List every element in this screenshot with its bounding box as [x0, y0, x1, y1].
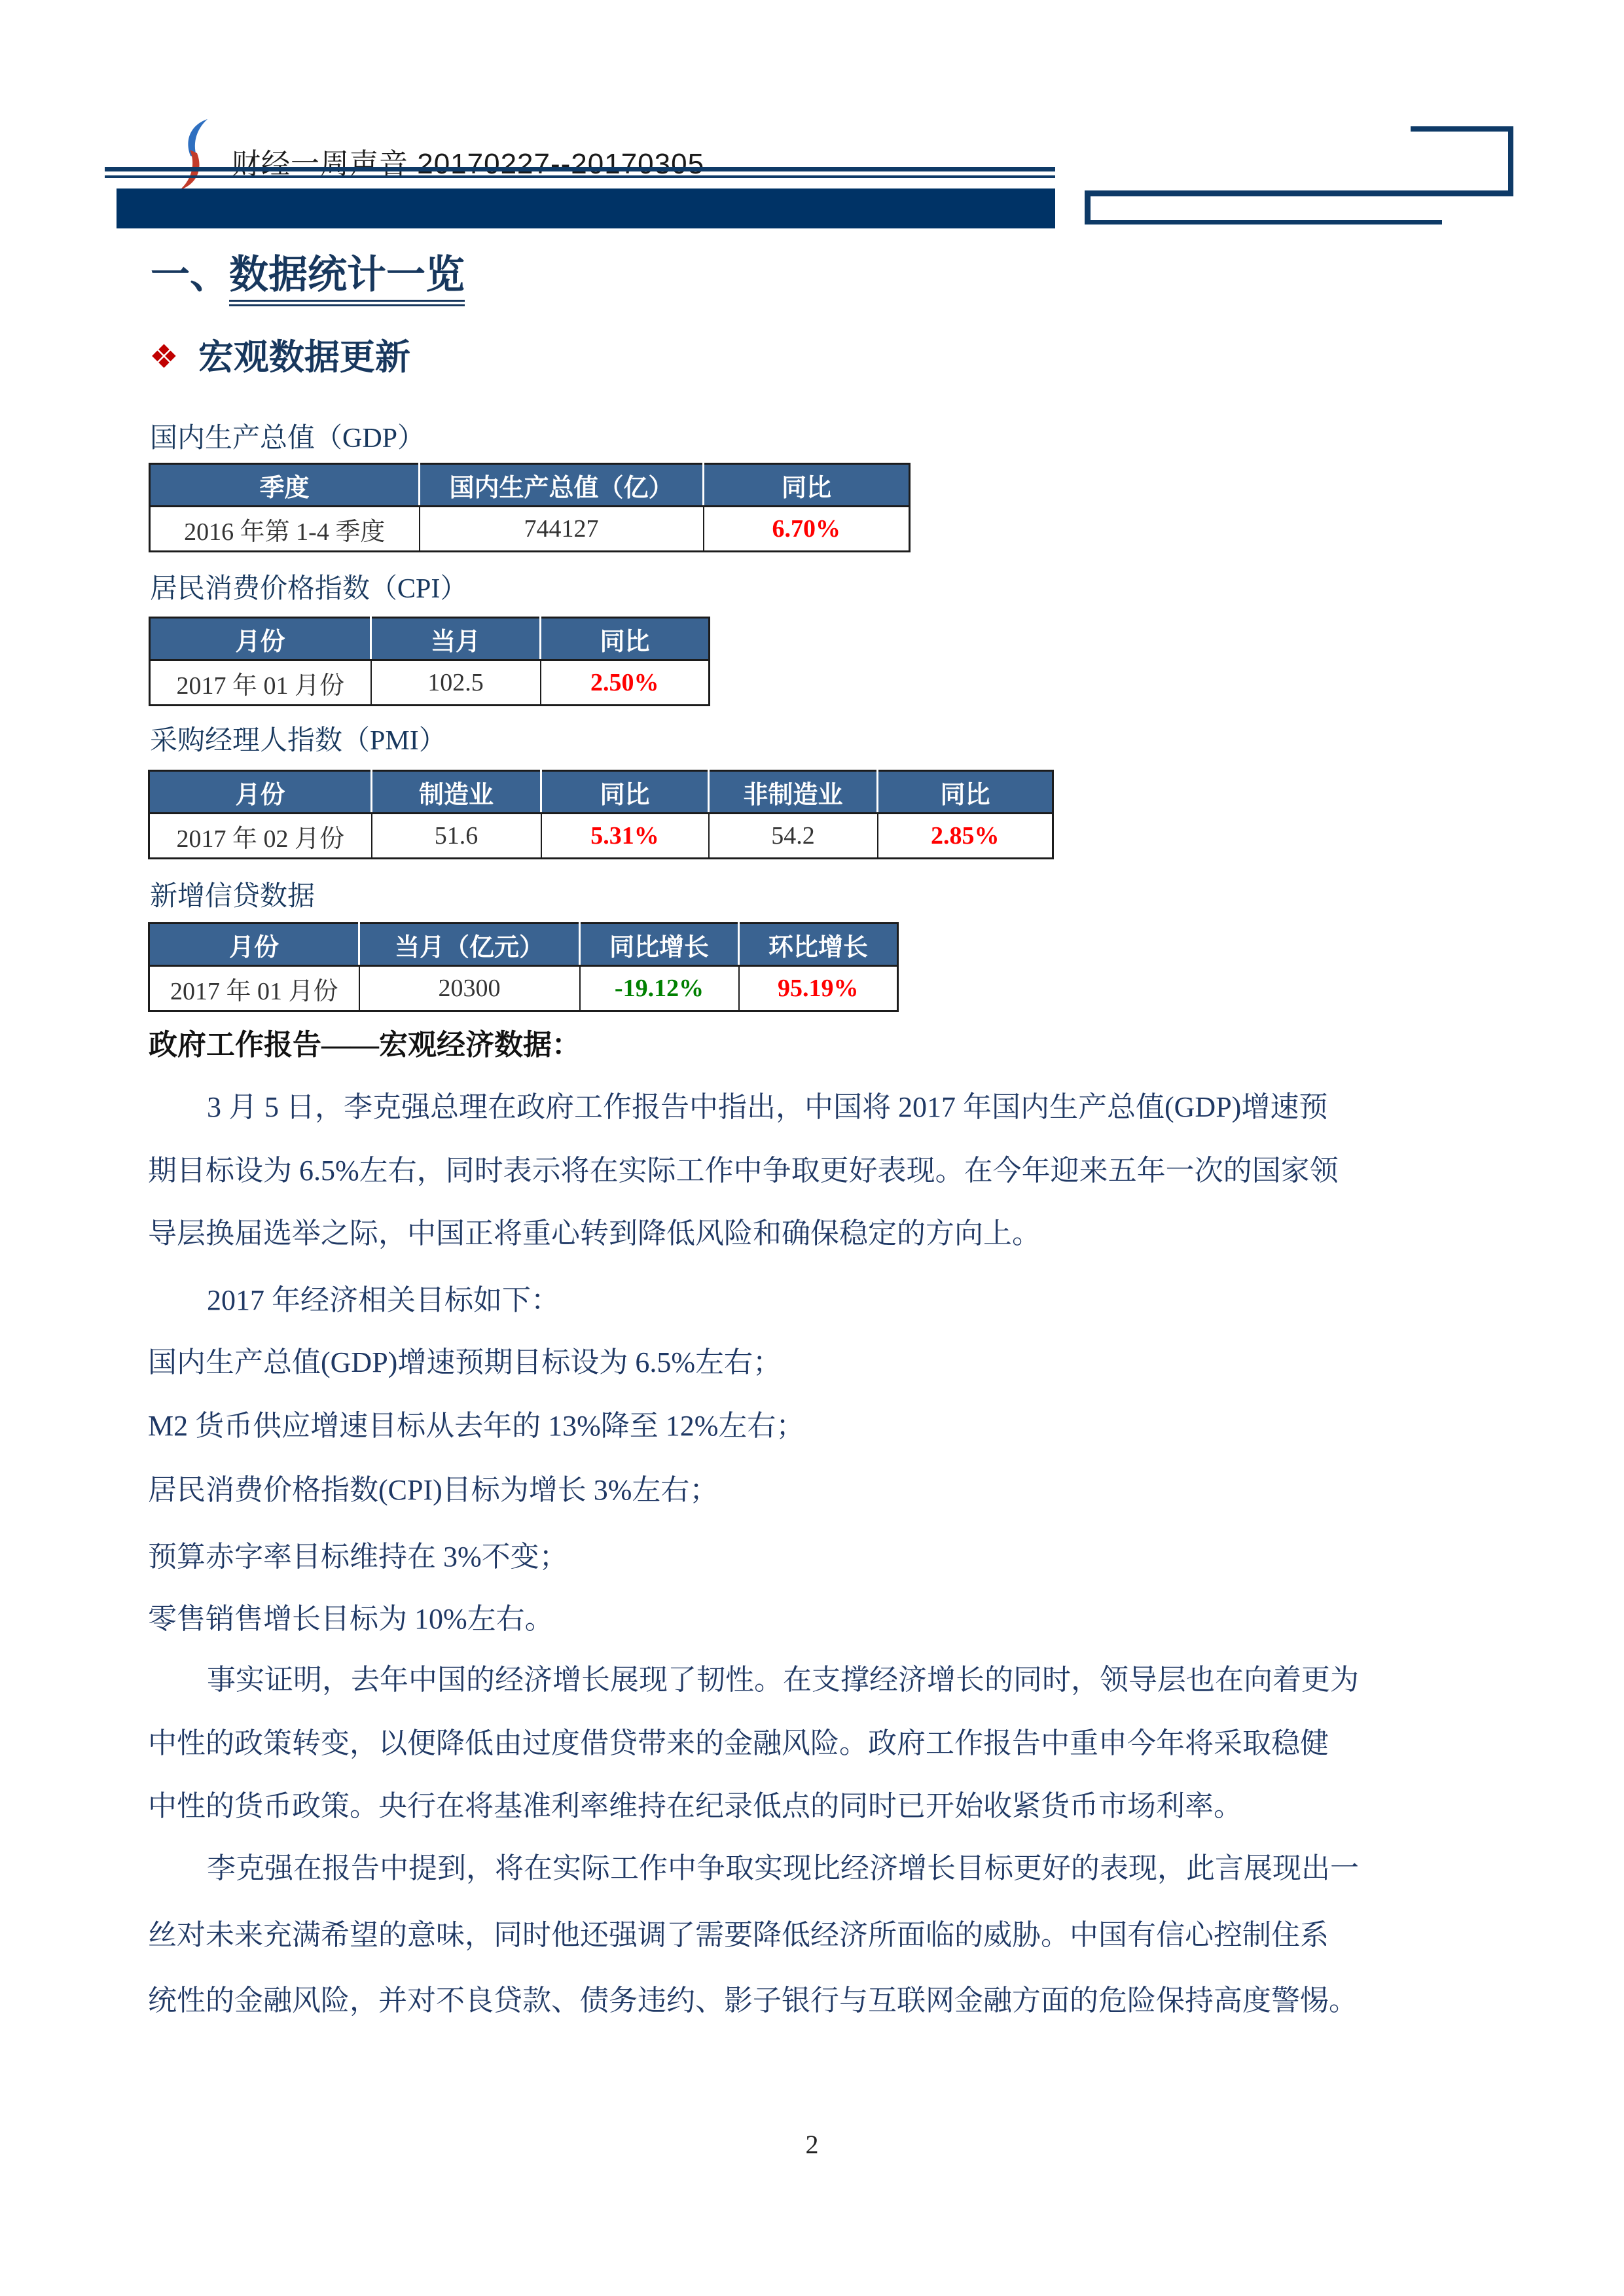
placeholder-box2-bottom	[1085, 220, 1442, 224]
column-header: 同比	[878, 771, 1053, 814]
body-line: 居民消费价格指数(CPI)目标为增长 3%左右；	[148, 1471, 1523, 1509]
column-header: 环比增长	[739, 924, 898, 966]
table-row: 2017 年 02 月份 51.6 5.31% 54.2 2.85%	[149, 814, 1053, 859]
body-line: 2017 年经济相关目标如下：	[148, 1282, 1581, 1319]
pmi-header-row: 月份 制造业 同比 非制造业 同比	[149, 771, 1053, 814]
column-header: 月份	[150, 618, 371, 660]
body-line: 中性的货币政策。央行在将基准利率维持在纪录低点的同时已开始收紧货币市场利率。	[148, 1787, 1523, 1825]
body-line: 李克强在报告中提到，将在实际工作中争取实现比经济增长目标更好的表现，此言展现出一	[148, 1850, 1581, 1888]
column-header: 同比	[541, 618, 710, 660]
cpi-table: 月份 当月 同比 2017 年 01 月份 102.5 2.50%	[149, 617, 710, 706]
column-header: 非制造业	[709, 771, 878, 814]
pmi-table: 月份 制造业 同比 非制造业 同比 2017 年 02 月份 51.6 5.31…	[148, 770, 1054, 859]
table-cell: 2.85%	[878, 814, 1053, 859]
body-line: M2 货币供应增速目标从去年的 13%降至 12%左右；	[148, 1407, 1523, 1445]
table-cell: 51.6	[372, 814, 541, 859]
body-line: 导层换届选举之际，中国正将重心转到降低风险和确保稳定的方向上。	[148, 1215, 1523, 1253]
table-cell: 2017 年 01 月份	[149, 966, 359, 1011]
column-header: 月份	[149, 771, 372, 814]
table-row: 2017 年 01 月份 102.5 2.50%	[150, 660, 710, 706]
table-cell: 2016 年第 1-4 季度	[150, 507, 420, 552]
table-cell: 2017 年 01 月份	[150, 660, 371, 706]
table-row: 2017 年 01 月份 20300 -19.12% 95.19%	[149, 966, 898, 1011]
column-header: 制造业	[372, 771, 541, 814]
gdp-table-caption: 国内生产总值（GDP）	[150, 416, 425, 456]
page-number: 2	[0, 2129, 1624, 2160]
table-cell: 95.19%	[739, 966, 898, 1011]
placeholder-box-right	[1508, 126, 1513, 196]
header-divider	[105, 167, 1055, 178]
table-cell: 20300	[359, 966, 580, 1011]
section-title: 数据统计一览	[229, 253, 465, 306]
column-header: 季度	[150, 464, 420, 507]
gdp-table: 季度 国内生产总值（亿） 同比 2016 年第 1-4 季度 744127 6.…	[149, 463, 911, 552]
cpi-table-caption: 居民消费价格指数（CPI）	[150, 567, 467, 606]
table-cell: 6.70%	[704, 507, 910, 552]
table-row: 2016 年第 1-4 季度 744127 6.70%	[150, 507, 910, 552]
placeholder-box-top	[1411, 126, 1513, 132]
body-line: 统性的金融风险，并对不良贷款、债务违约、影子银行与互联网金融方面的危险保持高度警…	[148, 1982, 1523, 2020]
section-number: 一、	[151, 253, 229, 296]
gdp-header-row: 季度 国内生产总值（亿） 同比	[150, 464, 910, 507]
table-cell: 2.50%	[541, 660, 710, 706]
diamond-bullet-icon: ❖	[149, 338, 179, 376]
subsection-title: 宏观数据更新	[198, 338, 410, 377]
section-heading: 一、数据统计一览	[151, 243, 465, 300]
table-cell: 5.31%	[541, 814, 709, 859]
brand-logo-icon	[173, 118, 214, 191]
cpi-header-row: 月份 当月 同比	[150, 618, 710, 660]
body-line: 零售销售增长目标为 10%左右。	[148, 1600, 1523, 1638]
report-heading: 政府工作报告——宏观经济数据：	[149, 1021, 581, 1063]
credit-table-caption: 新增信贷数据	[150, 874, 315, 914]
body-line: 事实证明，去年中国的经济增长展现了韧性。在支撑经济增长的同时，领导层也在向着更为	[148, 1661, 1581, 1699]
column-header: 国内生产总值（亿）	[420, 464, 704, 507]
body-line: 丝对未来充满希望的意味，同时他还强调了需要降低经济所面临的威胁。中国有信心控制住…	[148, 1916, 1523, 1954]
subsection-heading: ❖宏观数据更新	[149, 329, 410, 380]
body-line: 预算赤字率目标维持在 3%不变；	[148, 1538, 1523, 1576]
credit-table: 月份 当月（亿元） 同比增长 环比增长 2017 年 01 月份 20300 -…	[148, 922, 899, 1012]
body-line: 国内生产总值(GDP)增速预期目标设为 6.5%左右；	[148, 1344, 1523, 1382]
table-cell: 54.2	[709, 814, 878, 859]
pmi-table-caption: 采购经理人指数（PMI）	[150, 719, 446, 758]
body-line: 期目标设为 6.5%左右，同时表示将在实际工作中争取更好表现。在今年迎来五年一次…	[148, 1152, 1523, 1190]
header-navy-bar	[117, 188, 1055, 228]
column-header: 当月	[371, 618, 541, 660]
table-cell: -19.12%	[580, 966, 739, 1011]
body-line: 3 月 5 日，李克强总理在政府工作报告中指出，中国将 2017 年国内生产总值…	[148, 1088, 1581, 1126]
placeholder-box2-top	[1085, 190, 1513, 196]
column-header: 月份	[149, 924, 359, 966]
document-page: { "theme": { "accent_navy": "#0E3A67", "…	[0, 0, 1624, 2296]
body-line: 中性的政策转变，以便降低由过度借贷带来的金融风险。政府工作报告中重申今年将采取稳…	[148, 1725, 1523, 1763]
credit-header-row: 月份 当月（亿元） 同比增长 环比增长	[149, 924, 898, 966]
column-header: 同比	[704, 464, 910, 507]
column-header: 同比增长	[580, 924, 739, 966]
column-header: 当月（亿元）	[359, 924, 580, 966]
table-cell: 102.5	[371, 660, 541, 706]
table-cell: 2017 年 02 月份	[149, 814, 372, 859]
column-header: 同比	[541, 771, 709, 814]
table-cell: 744127	[420, 507, 704, 552]
